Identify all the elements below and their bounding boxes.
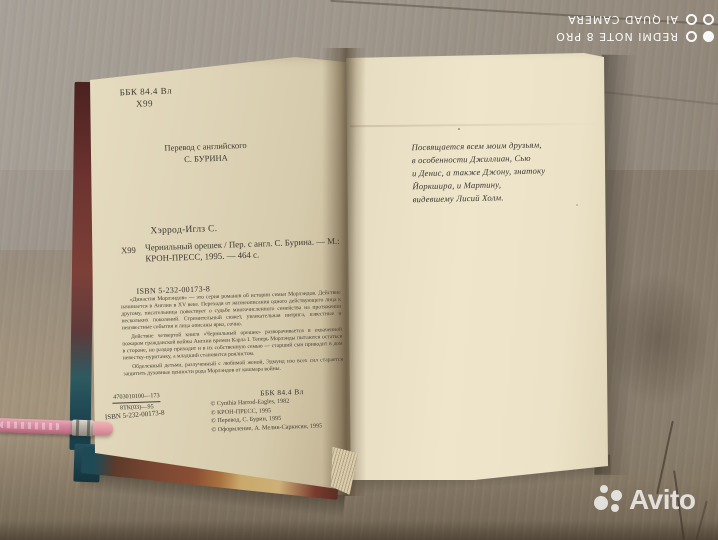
pencil-eraser	[93, 421, 113, 436]
left-page: ББК 84.4 Вл Х99 Перевод с английского С.…	[80, 50, 356, 498]
quad-camera-icon	[686, 14, 714, 42]
annotation-paragraph: «Династия Морлэндов» — это серия романов…	[121, 290, 342, 333]
photo-open-book-on-table: ББК 84.4 Вл Х99 Перевод с английского С.…	[0, 0, 718, 540]
dedication-text: Посвящается всем моим друзьям, в особенн…	[411, 137, 598, 205]
bbk-code: ББК 84.4 Вл	[119, 85, 172, 99]
annotation-text: «Династия Морлэндов» — это серия романов…	[121, 290, 344, 381]
avito-logo-icon	[594, 484, 624, 516]
author-sign: Х99	[120, 97, 173, 111]
translator-credit: Перевод с английского С. БУРИНА	[125, 138, 286, 168]
author-heading: Хэррод-Иглз С.	[150, 224, 217, 236]
table-edge-shadow	[0, 520, 718, 540]
bbk-classification: ББК 84.4 Вл Х99	[119, 85, 172, 110]
avito-watermark-text: Avito	[629, 486, 695, 514]
book-gutter-shadow	[322, 48, 366, 496]
pencil-ferrule	[72, 420, 95, 437]
catalog-index: Х99	[121, 245, 136, 256]
redmi-camera-watermark: REDMI NOTE 8 PRO AI QUAD CAMERA	[540, 6, 714, 50]
bbk-classification-bottom: ББК 84.4 Вл	[260, 387, 304, 398]
right-page: Посвящается всем моим друзьям, в особенн…	[338, 46, 612, 480]
bibliographic-record: Чернильный орешек / Пер. с англ. С. Бури…	[145, 236, 342, 266]
right-page-content: Посвящается всем моим друзьям, в особенн…	[333, 43, 616, 483]
redmi-watermark-text: REDMI NOTE 8 PRO AI QUAD CAMERA	[555, 11, 678, 45]
avito-watermark: Avito	[594, 484, 695, 516]
